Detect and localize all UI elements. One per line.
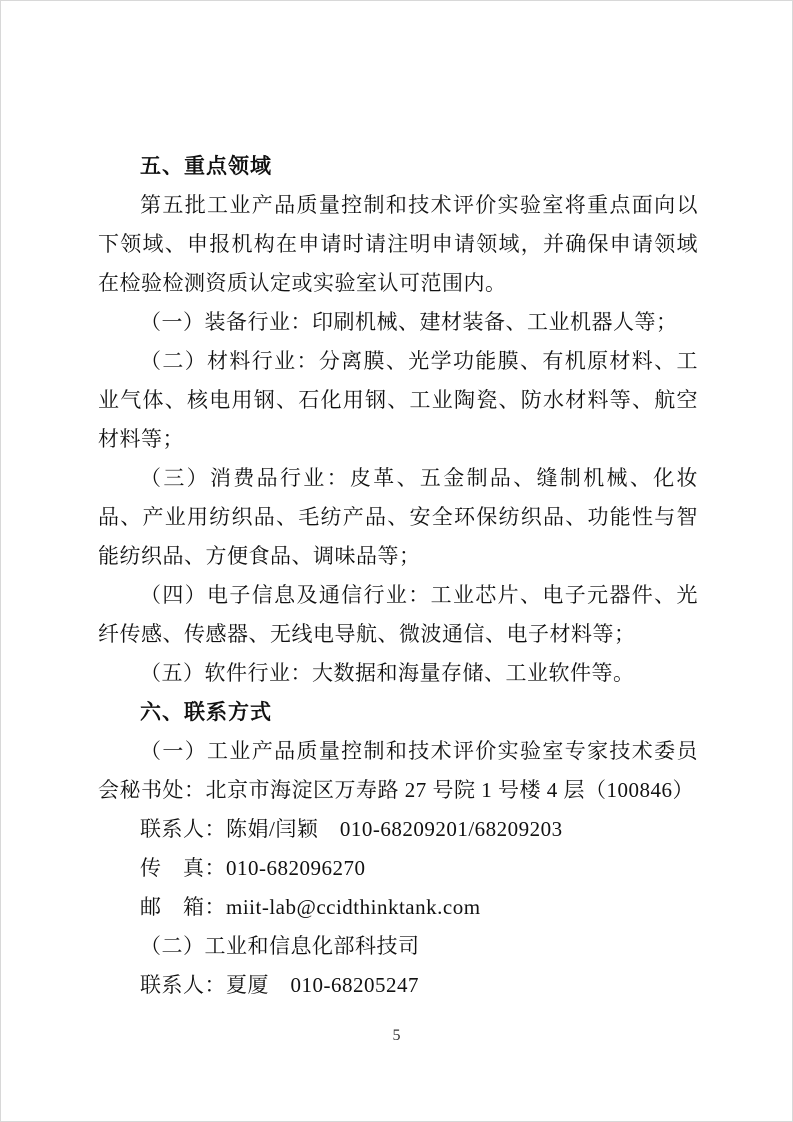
item-software-industry: （五）软件行业：大数据和海量存储、工业软件等。	[98, 654, 698, 693]
para-key-areas-intro: 第五批工业产品质量控制和技术评价实验室将重点面向以下领域、申报机构在申请时请注明…	[98, 186, 698, 303]
item-electronics-telecom-industry: （四）电子信息及通信行业：工业芯片、电子元器件、光纤传感、传感器、无线电导航、微…	[98, 576, 698, 654]
para-fax-number: 传 真：010-682096270	[98, 849, 698, 888]
item-equipment-industry: （一）装备行业：印刷机械、建材装备、工业机器人等；	[98, 303, 698, 342]
section-heading-contact-info: 六、联系方式	[98, 693, 698, 732]
para-contact-person-dept: 联系人：夏厦 010-68205247	[98, 966, 698, 1005]
para-dept-science-tech: （二）工业和信息化部科技司	[98, 927, 698, 966]
item-materials-industry: （二）材料行业：分离膜、光学功能膜、有机原材料、工业气体、核电用钢、石化用钢、工…	[98, 342, 698, 459]
item-consumer-goods-industry: （三）消费品行业：皮革、五金制品、缝制机械、化妆品、产业用纺织品、毛纺产品、安全…	[98, 459, 698, 576]
para-secretariat-address: （一）工业产品质量控制和技术评价实验室专家技术委员会秘书处：北京市海淀区万寿路 …	[98, 732, 698, 810]
page-number: 5	[1, 1025, 792, 1047]
section-heading-key-areas: 五、重点领域	[98, 147, 698, 186]
document-page: 五、重点领域 第五批工业产品质量控制和技术评价实验室将重点面向以下领域、申报机构…	[0, 0, 793, 1122]
document-body: 五、重点领域 第五批工业产品质量控制和技术评价实验室将重点面向以下领域、申报机构…	[98, 147, 698, 1005]
para-contact-person-secretariat: 联系人：陈娟/闫颖 010-68209201/68209203	[98, 810, 698, 849]
para-email-address: 邮 箱：miit-lab@ccidthinktank.com	[98, 888, 698, 927]
